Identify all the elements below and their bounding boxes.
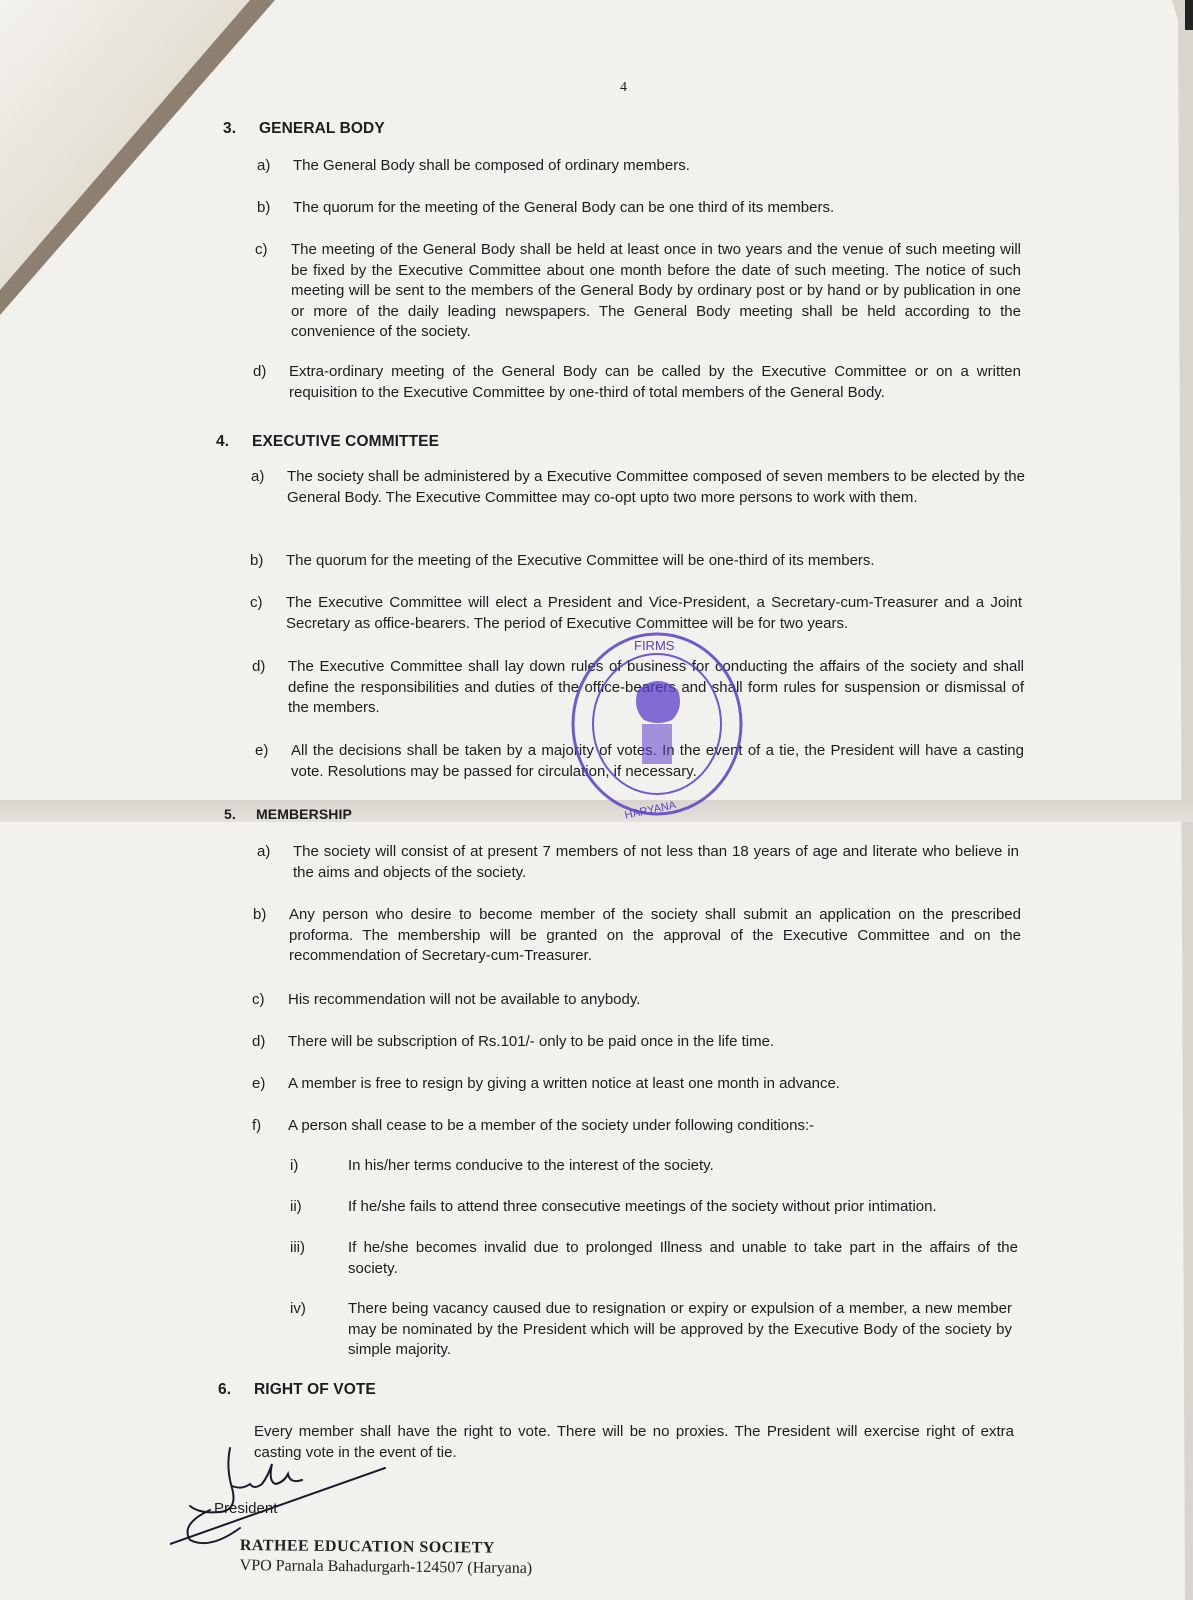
condition-iv: iv) There being vacancy caused due to re… <box>348 1299 1012 1361</box>
clause-5e: e) A member is free to resign by giving … <box>288 1074 1018 1095</box>
stamp-top-text: FIRMS <box>634 638 675 653</box>
document-page: 4 3.GENERAL BODY a) The General Body sha… <box>0 0 1193 1600</box>
condition-iii: iii) If he/she becomes invalid due to pr… <box>348 1238 1018 1279</box>
clause-5f: f) A person shall cease to be a member o… <box>288 1116 1018 1137</box>
clause-4b: b) The quorum for the meeting of the Exe… <box>286 551 1024 572</box>
society-address: VPO Parnala Bahadurgarh-124507 (Haryana) <box>240 1556 533 1579</box>
condition-i: i) In his/her terms conducive to the int… <box>348 1156 1018 1177</box>
signatory-role: President <box>214 1500 277 1517</box>
section-heading-executive-committee: 4.EXECUTIVE COMMITTEE <box>216 433 439 451</box>
stamp-bottom-text: HARYANA <box>624 799 678 820</box>
clause-3d: d) Extra-ordinary meeting of the General… <box>289 362 1021 403</box>
section-heading-general-body: 3.GENERAL BODY <box>223 120 385 138</box>
registrar-stamp: FIRMS HARYANA <box>568 628 746 820</box>
clause-5c: c) His recommendation will not be availa… <box>288 990 1018 1011</box>
clause-5a: a) The society will consist of at presen… <box>293 842 1019 883</box>
section-heading-right-of-vote: 6.RIGHT OF VOTE <box>218 1381 376 1399</box>
condition-ii: ii) If he/she fails to attend three cons… <box>348 1197 1028 1218</box>
clause-4a: a) The society shall be administered by … <box>287 467 1025 508</box>
clause-3b: b) The quorum for the meeting of the Gen… <box>293 198 1013 219</box>
page-number: 4 <box>620 80 627 96</box>
clause-5d: d) There will be subscription of Rs.101/… <box>288 1032 1018 1053</box>
president-signature <box>170 1440 430 1545</box>
clause-3a: a) The General Body shall be composed of… <box>293 156 1013 177</box>
section-heading-membership: 5.MEMBERSHIP <box>224 806 352 822</box>
society-address-stamp: RATHEE EDUCATION SOCIETY VPO Parnala Bah… <box>240 1536 533 1579</box>
clause-3c: c) The meeting of the General Body shall… <box>291 240 1021 343</box>
clause-5b: b) Any person who desire to become membe… <box>289 905 1021 967</box>
